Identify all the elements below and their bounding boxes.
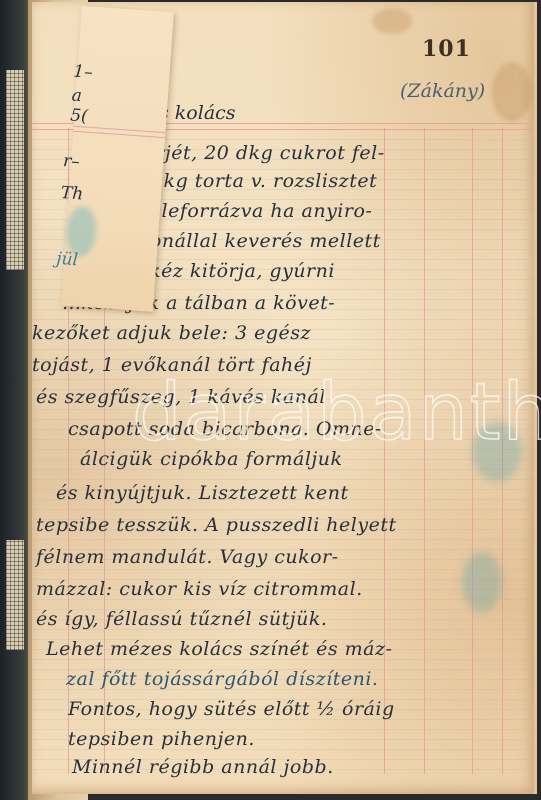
column-rule <box>424 128 425 774</box>
recipe-line: Lehet mézes kolács színét és máz- <box>46 638 392 660</box>
margin-fragment: Th <box>60 183 84 205</box>
recipe-line: tepsibe tesszük. A pusszedli helyett <box>36 514 397 536</box>
recipe-line: álcigük cipókba formáljuk <box>80 448 343 470</box>
recipe-line: és kinyújtjuk. Lisztezett kent <box>56 482 349 504</box>
recipe-line: és így, féllassú tűznél sütjük. <box>36 608 327 630</box>
binding-mesh-top <box>6 70 24 270</box>
margin-fragment: 5( <box>70 105 89 126</box>
margin-fragment: r– <box>62 151 80 172</box>
recipe-source: (Zákány) <box>400 80 485 102</box>
binding-mesh-bottom <box>6 540 24 650</box>
margin-fragment: 1– <box>73 62 94 83</box>
recipe-line: zal főtt tojássárgából díszíteni. <box>66 668 378 690</box>
recipe-line: Minnél régibb annál jobb. <box>72 756 334 778</box>
recipe-line: mázzal: cukor kis víz citrommal. <box>36 578 363 600</box>
water-stain <box>492 62 532 122</box>
water-stain <box>372 8 412 34</box>
recipe-line: félnem mandulát. Vagy cukor- <box>36 546 339 568</box>
column-rule <box>384 128 385 774</box>
recipe-line: csapott soda bicarbona. Omne- <box>68 418 382 440</box>
page-number: 101 <box>422 36 471 62</box>
margin-fragment: a <box>71 86 83 107</box>
flap-red-rule <box>73 126 165 138</box>
recipe-line: tepsiben pihenjen. <box>68 728 255 750</box>
ink-bleed <box>462 552 502 612</box>
recipe-line: és szegfűszeg, 1 kávés kanál <box>36 386 326 408</box>
ink-bleed <box>472 422 522 482</box>
recipe-line: …leforrázva ha anyiro- <box>142 200 372 222</box>
margin-fragment: jül <box>56 249 79 270</box>
recipe-line: Fontos, hogy sütés előtt ½ óráig <box>68 698 395 720</box>
recipe-line: tojást, 1 evőkanál tört fahéj <box>32 354 312 376</box>
recipe-line: kezőket adjuk bele: 3 egész <box>32 322 311 344</box>
